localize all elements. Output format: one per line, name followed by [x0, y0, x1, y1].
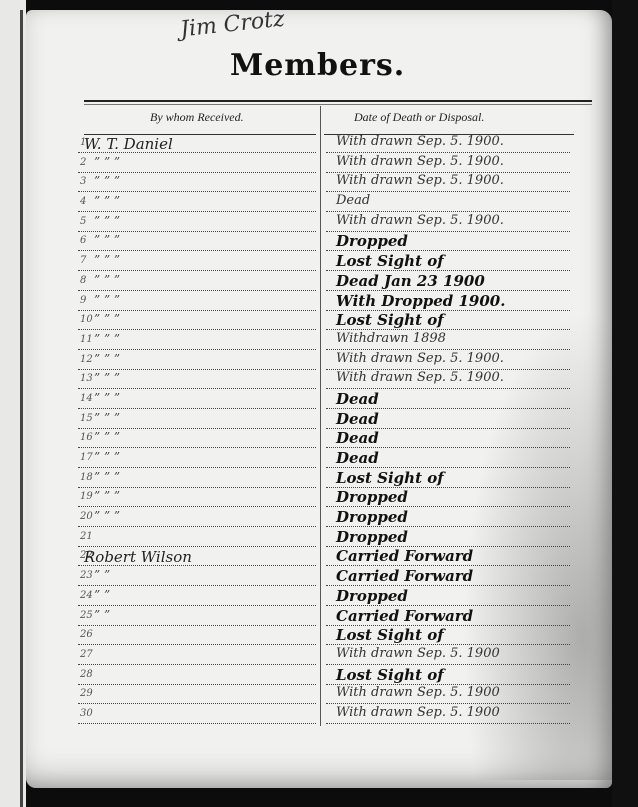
received-cell: 2” ” ”	[78, 154, 316, 173]
received-by-entry: ” ” ”	[94, 489, 120, 503]
received-by-entry: ” ” ”	[94, 371, 120, 385]
disposal-entry: With drawn Sep. 5. 1900.	[336, 370, 504, 385]
ledger-row: 4” ” ”Dead	[78, 193, 578, 213]
row-number: 8	[80, 275, 86, 286]
disposal-entry: Dead	[336, 410, 379, 428]
disposal-entry: With drawn Sep. 5. 1900	[336, 705, 500, 720]
disposal-cell: Lost Sight of	[326, 666, 570, 685]
disposal-entry: Lost Sight of	[336, 666, 444, 684]
received-by-entry: ” ” ”	[94, 430, 120, 444]
row-number: 28	[80, 669, 93, 680]
received-cell: 23” ”	[78, 567, 316, 586]
ledger-row: 1W. T. DanielWith drawn Sep. 5. 1900.	[78, 134, 578, 154]
ledger-row: 20” ” ”Dropped	[78, 508, 578, 528]
ledger-row: 14” ” ”Dead	[78, 390, 578, 410]
disposal-cell: With drawn Sep. 5. 1900.	[326, 370, 570, 389]
row-number: 5	[80, 216, 86, 227]
received-cell: 8” ” ”	[78, 272, 316, 291]
received-by-entry: ” ”	[94, 608, 110, 622]
book-edge-shadow	[612, 0, 638, 807]
received-cell: 28	[78, 666, 316, 685]
received-by-entry: ” ” ”	[94, 470, 120, 484]
ledger-row: 17” ” ”Dead	[78, 449, 578, 469]
disposal-entry: With drawn Sep. 5. 1900.	[336, 173, 504, 188]
disposal-entry: Carried Forward	[336, 547, 473, 565]
received-cell: 30	[78, 705, 316, 724]
received-cell: 7” ” ”	[78, 252, 316, 271]
ledger-row: 8” ” ”Dead Jan 23 1900	[78, 272, 578, 292]
ledger-row: 23” ”Carried Forward	[78, 567, 578, 587]
ledger-row: 22Robert WilsonCarried Forward	[78, 547, 578, 567]
row-number: 16	[80, 432, 93, 443]
received-cell: 10” ” ”	[78, 311, 316, 330]
row-number: 12	[80, 354, 93, 365]
disposal-entry: Dropped	[336, 508, 408, 526]
disposal-cell: With drawn Sep. 5. 1900.	[326, 154, 570, 173]
row-number: 19	[80, 491, 93, 502]
row-number: 20	[80, 511, 93, 522]
ledger-row: 21Dropped	[78, 528, 578, 548]
row-number: 17	[80, 452, 93, 463]
row-number: 4	[80, 196, 86, 207]
disposal-entry: Lost Sight of	[336, 311, 444, 329]
row-number: 14	[80, 393, 93, 404]
received-cell: 21	[78, 528, 316, 547]
disposal-entry: Dead	[336, 390, 379, 408]
disposal-cell: Dropped	[326, 488, 570, 507]
disposal-entry: With drawn Sep. 5. 1900.	[336, 154, 504, 169]
disposal-entry: Dropped	[336, 488, 408, 506]
disposal-entry: Lost Sight of	[336, 252, 444, 270]
received-cell: 12” ” ”	[78, 351, 316, 370]
ledger-row: 5” ” ”With drawn Sep. 5. 1900.	[78, 213, 578, 233]
disposal-cell: Lost Sight of	[326, 252, 570, 271]
ledger-rows: 1W. T. DanielWith drawn Sep. 5. 1900.2” …	[78, 134, 578, 725]
disposal-entry: With drawn Sep. 5. 1900.	[336, 213, 504, 228]
received-cell: 16” ” ”	[78, 429, 316, 448]
disposal-cell: Lost Sight of	[326, 469, 570, 488]
received-by-entry: ” ” ”	[94, 174, 120, 188]
received-by-entry: ” ” ”	[94, 194, 120, 208]
binding-gutter	[20, 10, 23, 807]
ledger-row: 16” ” ”Dead	[78, 429, 578, 449]
disposal-entry: Lost Sight of	[336, 469, 444, 487]
received-cell: 3” ” ”	[78, 173, 316, 192]
disposal-entry: Dead	[336, 193, 370, 208]
disposal-cell: Carried Forward	[326, 547, 570, 566]
received-by-entry: ” ” ”	[94, 509, 120, 523]
row-number: 15	[80, 413, 93, 424]
row-number: 11	[80, 334, 93, 345]
disposal-cell: With drawn Sep. 5. 1900.	[326, 134, 570, 153]
ledger-row: 30With drawn Sep. 5. 1900	[78, 705, 578, 725]
received-cell: 24” ”	[78, 587, 316, 606]
received-cell: 29	[78, 685, 316, 704]
title-rule	[84, 100, 592, 102]
received-by-entry: ” ”	[94, 568, 110, 582]
disposal-cell: With drawn Sep. 5. 1900	[326, 705, 570, 724]
ledger-row: 25” ”Carried Forward	[78, 607, 578, 627]
disposal-cell: Dead	[326, 429, 570, 448]
received-by-entry: ” ” ”	[94, 273, 120, 287]
received-cell: 6” ” ”	[78, 232, 316, 251]
ledger-row: 6” ” ”Dropped	[78, 232, 578, 252]
disposal-cell: With drawn Sep. 5. 1900.	[326, 351, 570, 370]
disposal-entry: Dropped	[336, 528, 408, 546]
received-by-entry: ” ” ”	[94, 352, 120, 366]
disposal-cell: Dead	[326, 410, 570, 429]
row-number: 7	[80, 255, 86, 266]
received-cell: 18” ” ”	[78, 469, 316, 488]
disposal-cell: Dead Jan 23 1900	[326, 272, 570, 291]
row-number: 10	[80, 314, 93, 325]
received-by-entry: ” ” ”	[94, 214, 120, 228]
page-title: Members.	[230, 48, 405, 83]
ledger-row: 18” ” ”Lost Sight of	[78, 469, 578, 489]
ledger-row: 26Lost Sight of	[78, 626, 578, 646]
disposal-cell: Lost Sight of	[326, 311, 570, 330]
received-cell: 15” ” ”	[78, 410, 316, 429]
disposal-cell: Dead	[326, 449, 570, 468]
disposal-cell: Dropped	[326, 508, 570, 527]
row-number: 3	[80, 176, 86, 187]
row-number: 6	[80, 235, 86, 246]
ledger-row: 9” ” ”With Dropped 1900.	[78, 292, 578, 312]
received-by-entry: ” ” ”	[94, 233, 120, 247]
received-by-entry: ” ” ”	[94, 450, 120, 464]
received-cell: 4” ” ”	[78, 193, 316, 212]
ledger-row: 2” ” ”With drawn Sep. 5. 1900.	[78, 154, 578, 174]
received-by-entry: ” ” ”	[94, 155, 120, 169]
received-by-entry: ” ” ”	[94, 312, 120, 326]
disposal-entry: Dropped	[336, 587, 408, 605]
ledger-row: 11” ” ”Withdrawn 1898	[78, 331, 578, 351]
row-number: 26	[80, 629, 93, 640]
row-number: 30	[80, 708, 93, 719]
received-cell: 5” ” ”	[78, 213, 316, 232]
disposal-cell: Dropped	[326, 232, 570, 251]
ledger-row: 3” ” ”With drawn Sep. 5. 1900.	[78, 173, 578, 193]
ledger-row: 27With drawn Sep. 5. 1900	[78, 646, 578, 666]
disposal-entry: Carried Forward	[336, 607, 473, 625]
received-by-entry: Robert Wilson	[84, 548, 192, 566]
received-cell: 11” ” ”	[78, 331, 316, 350]
row-number: 25	[80, 610, 93, 621]
received-cell: 13” ” ”	[78, 370, 316, 389]
disposal-entry: Dead	[336, 429, 379, 447]
ledger-row: 24” ”Dropped	[78, 587, 578, 607]
disposal-cell: With drawn Sep. 5. 1900	[326, 646, 570, 665]
disposal-cell: With drawn Sep. 5. 1900.	[326, 173, 570, 192]
received-by-entry: ” ” ”	[94, 293, 120, 307]
disposal-cell: Lost Sight of	[326, 626, 570, 645]
ledger-row: 19” ” ”Dropped	[78, 488, 578, 508]
received-cell: 27	[78, 646, 316, 665]
row-number: 27	[80, 649, 93, 660]
disposal-cell: Carried Forward	[326, 567, 570, 586]
disposal-cell: With Dropped 1900.	[326, 292, 570, 311]
row-number: 29	[80, 688, 93, 699]
received-cell: 22Robert Wilson	[78, 547, 316, 566]
ledger-row: 15” ” ”Dead	[78, 410, 578, 430]
column-header-received: By whom Received.	[150, 110, 244, 125]
disposal-entry: Dead Jan 23 1900	[336, 272, 485, 290]
row-number: 9	[80, 295, 86, 306]
received-cell: 9” ” ”	[78, 292, 316, 311]
received-by-entry: W. T. Daniel	[84, 135, 173, 153]
title-rule-thin	[84, 104, 592, 105]
received-by-entry: ” ” ”	[94, 391, 120, 405]
ledger-row: 29With drawn Sep. 5. 1900	[78, 685, 578, 705]
disposal-entry: With Dropped 1900.	[336, 292, 505, 310]
row-number: 21	[80, 531, 93, 542]
received-cell: 19” ” ”	[78, 488, 316, 507]
disposal-entry: Dropped	[336, 232, 408, 250]
column-header-disposal: Date of Death or Disposal.	[354, 110, 484, 125]
received-by-entry: ” ” ”	[94, 332, 120, 346]
received-cell: 17” ” ”	[78, 449, 316, 468]
disposal-entry: Lost Sight of	[336, 626, 444, 644]
received-by-entry: ” ”	[94, 588, 110, 602]
disposal-cell: Carried Forward	[326, 607, 570, 626]
ledger-row: 12” ” ”With drawn Sep. 5. 1900.	[78, 351, 578, 371]
received-by-entry: ” ” ”	[94, 253, 120, 267]
disposal-cell: Withdrawn 1898	[326, 331, 570, 350]
received-cell: 25” ”	[78, 607, 316, 626]
row-number: 24	[80, 590, 93, 601]
disposal-entry: Carried Forward	[336, 567, 473, 585]
received-cell: 14” ” ”	[78, 390, 316, 409]
row-number: 13	[80, 373, 93, 384]
disposal-entry: With drawn Sep. 5. 1900.	[336, 134, 504, 149]
disposal-entry: Withdrawn 1898	[336, 331, 446, 346]
received-cell: 1W. T. Daniel	[78, 134, 316, 153]
received-by-entry: ” ” ”	[94, 411, 120, 425]
row-number: 2	[80, 157, 86, 168]
ledger-row: 13” ” ”With drawn Sep. 5. 1900.	[78, 370, 578, 390]
disposal-cell: Dropped	[326, 587, 570, 606]
disposal-cell: Dead	[326, 193, 570, 212]
disposal-entry: With drawn Sep. 5. 1900	[336, 685, 500, 700]
disposal-entry: With drawn Sep. 5. 1900.	[336, 351, 504, 366]
disposal-cell: Dead	[326, 390, 570, 409]
ledger-row: 10” ” ”Lost Sight of	[78, 311, 578, 331]
disposal-cell: With drawn Sep. 5. 1900.	[326, 213, 570, 232]
disposal-cell: Dropped	[326, 528, 570, 547]
row-number: 18	[80, 472, 93, 483]
row-number: 23	[80, 570, 93, 581]
received-cell: 26	[78, 626, 316, 645]
disposal-entry: With drawn Sep. 5. 1900	[336, 646, 500, 661]
disposal-cell: With drawn Sep. 5. 1900	[326, 685, 570, 704]
received-cell: 20” ” ”	[78, 508, 316, 527]
ledger-row: 7” ” ”Lost Sight of	[78, 252, 578, 272]
disposal-entry: Dead	[336, 449, 379, 467]
ledger-row: 28Lost Sight of	[78, 666, 578, 686]
